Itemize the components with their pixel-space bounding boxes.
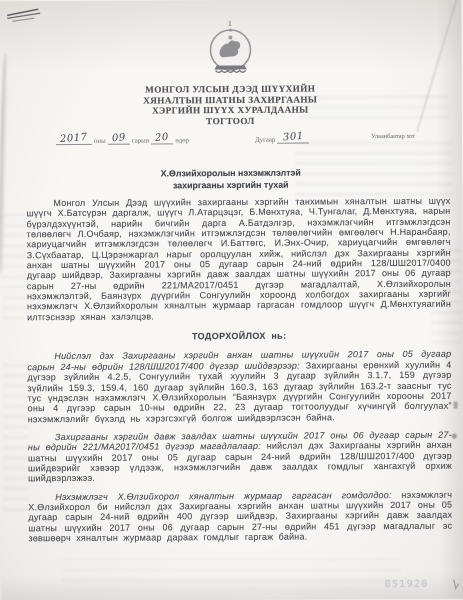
ink-speck [452,434,457,439]
scanned-page: 1 МОНГОЛ УЛСЫН ДЭЭД ШҮҮХИЙН ХЯНАЛТЫН ШАТ… [0,0,463,600]
intro-paragraph: Монгол Улсын Дээд шүүхийн захиргааны хэр… [26,196,451,323]
decision-paragraph: Нийслэл дэх Захиргааны хэргийн анхан шат… [27,349,451,424]
state-emblem-icon [0,24,462,79]
pen-mark-icon [451,579,461,598]
date-line: 2017оны09сарын20өдөр Дугаар301 Улаанбаат… [0,126,462,149]
page-content: 1 МОНГОЛ УЛСЫН ДЭЭД ШҮҮХИЙН ХЯНАЛТЫН ШАТ… [0,0,463,600]
number-underline: 301 [277,131,309,144]
handwritten-number: 301 [283,131,304,144]
handwritten-month: 09 [111,132,126,144]
document-body: Монгол Улсын Дээд шүүхийн захиргааны хэр… [26,196,452,552]
year-suffix-label: оны [94,138,106,145]
bleedthrough-text-area [62,558,402,590]
handwritten-day: 20 [155,132,170,144]
section-heading: ТОДОРХОЙЛОХ нь: [27,330,451,343]
handwritten-year: 2017 [60,132,88,145]
day-underline: 20 [151,131,173,144]
decision-paragraph: Нэхэмжлэгч Х.Өлзийхорол хяналтын журмаар… [28,489,452,543]
bleedthrough-text-area [2,213,26,328]
month-suffix-label: сарын [132,137,150,144]
date-fields: 2017оны09сарын20өдөр [54,131,189,145]
court-title: МОНГОЛ УЛСЫН ДЭЭД ШҮҮХИЙН ХЯНАЛТЫН ШАТНЫ… [0,83,462,128]
faint-serial-number: 051920 [385,579,429,590]
day-suffix-label: өдөр [175,137,189,144]
city-label: Улаанбаатар хот [371,133,415,140]
bleedthrough-text-area [3,363,29,513]
decision-paragraph: Захиргааны хэргийн давж заалдах шатны шү… [28,430,452,484]
document-number-field: Дугаар301 [255,131,311,144]
case-subject-title: Х.Өлзийхоролын нэхэмжлэлтэй захиргааны х… [0,167,462,193]
number-label: Дугаар [255,137,275,144]
ink-speck [454,402,458,409]
year-underline: 2017 [56,132,92,145]
month-underline: 09 [108,132,130,145]
